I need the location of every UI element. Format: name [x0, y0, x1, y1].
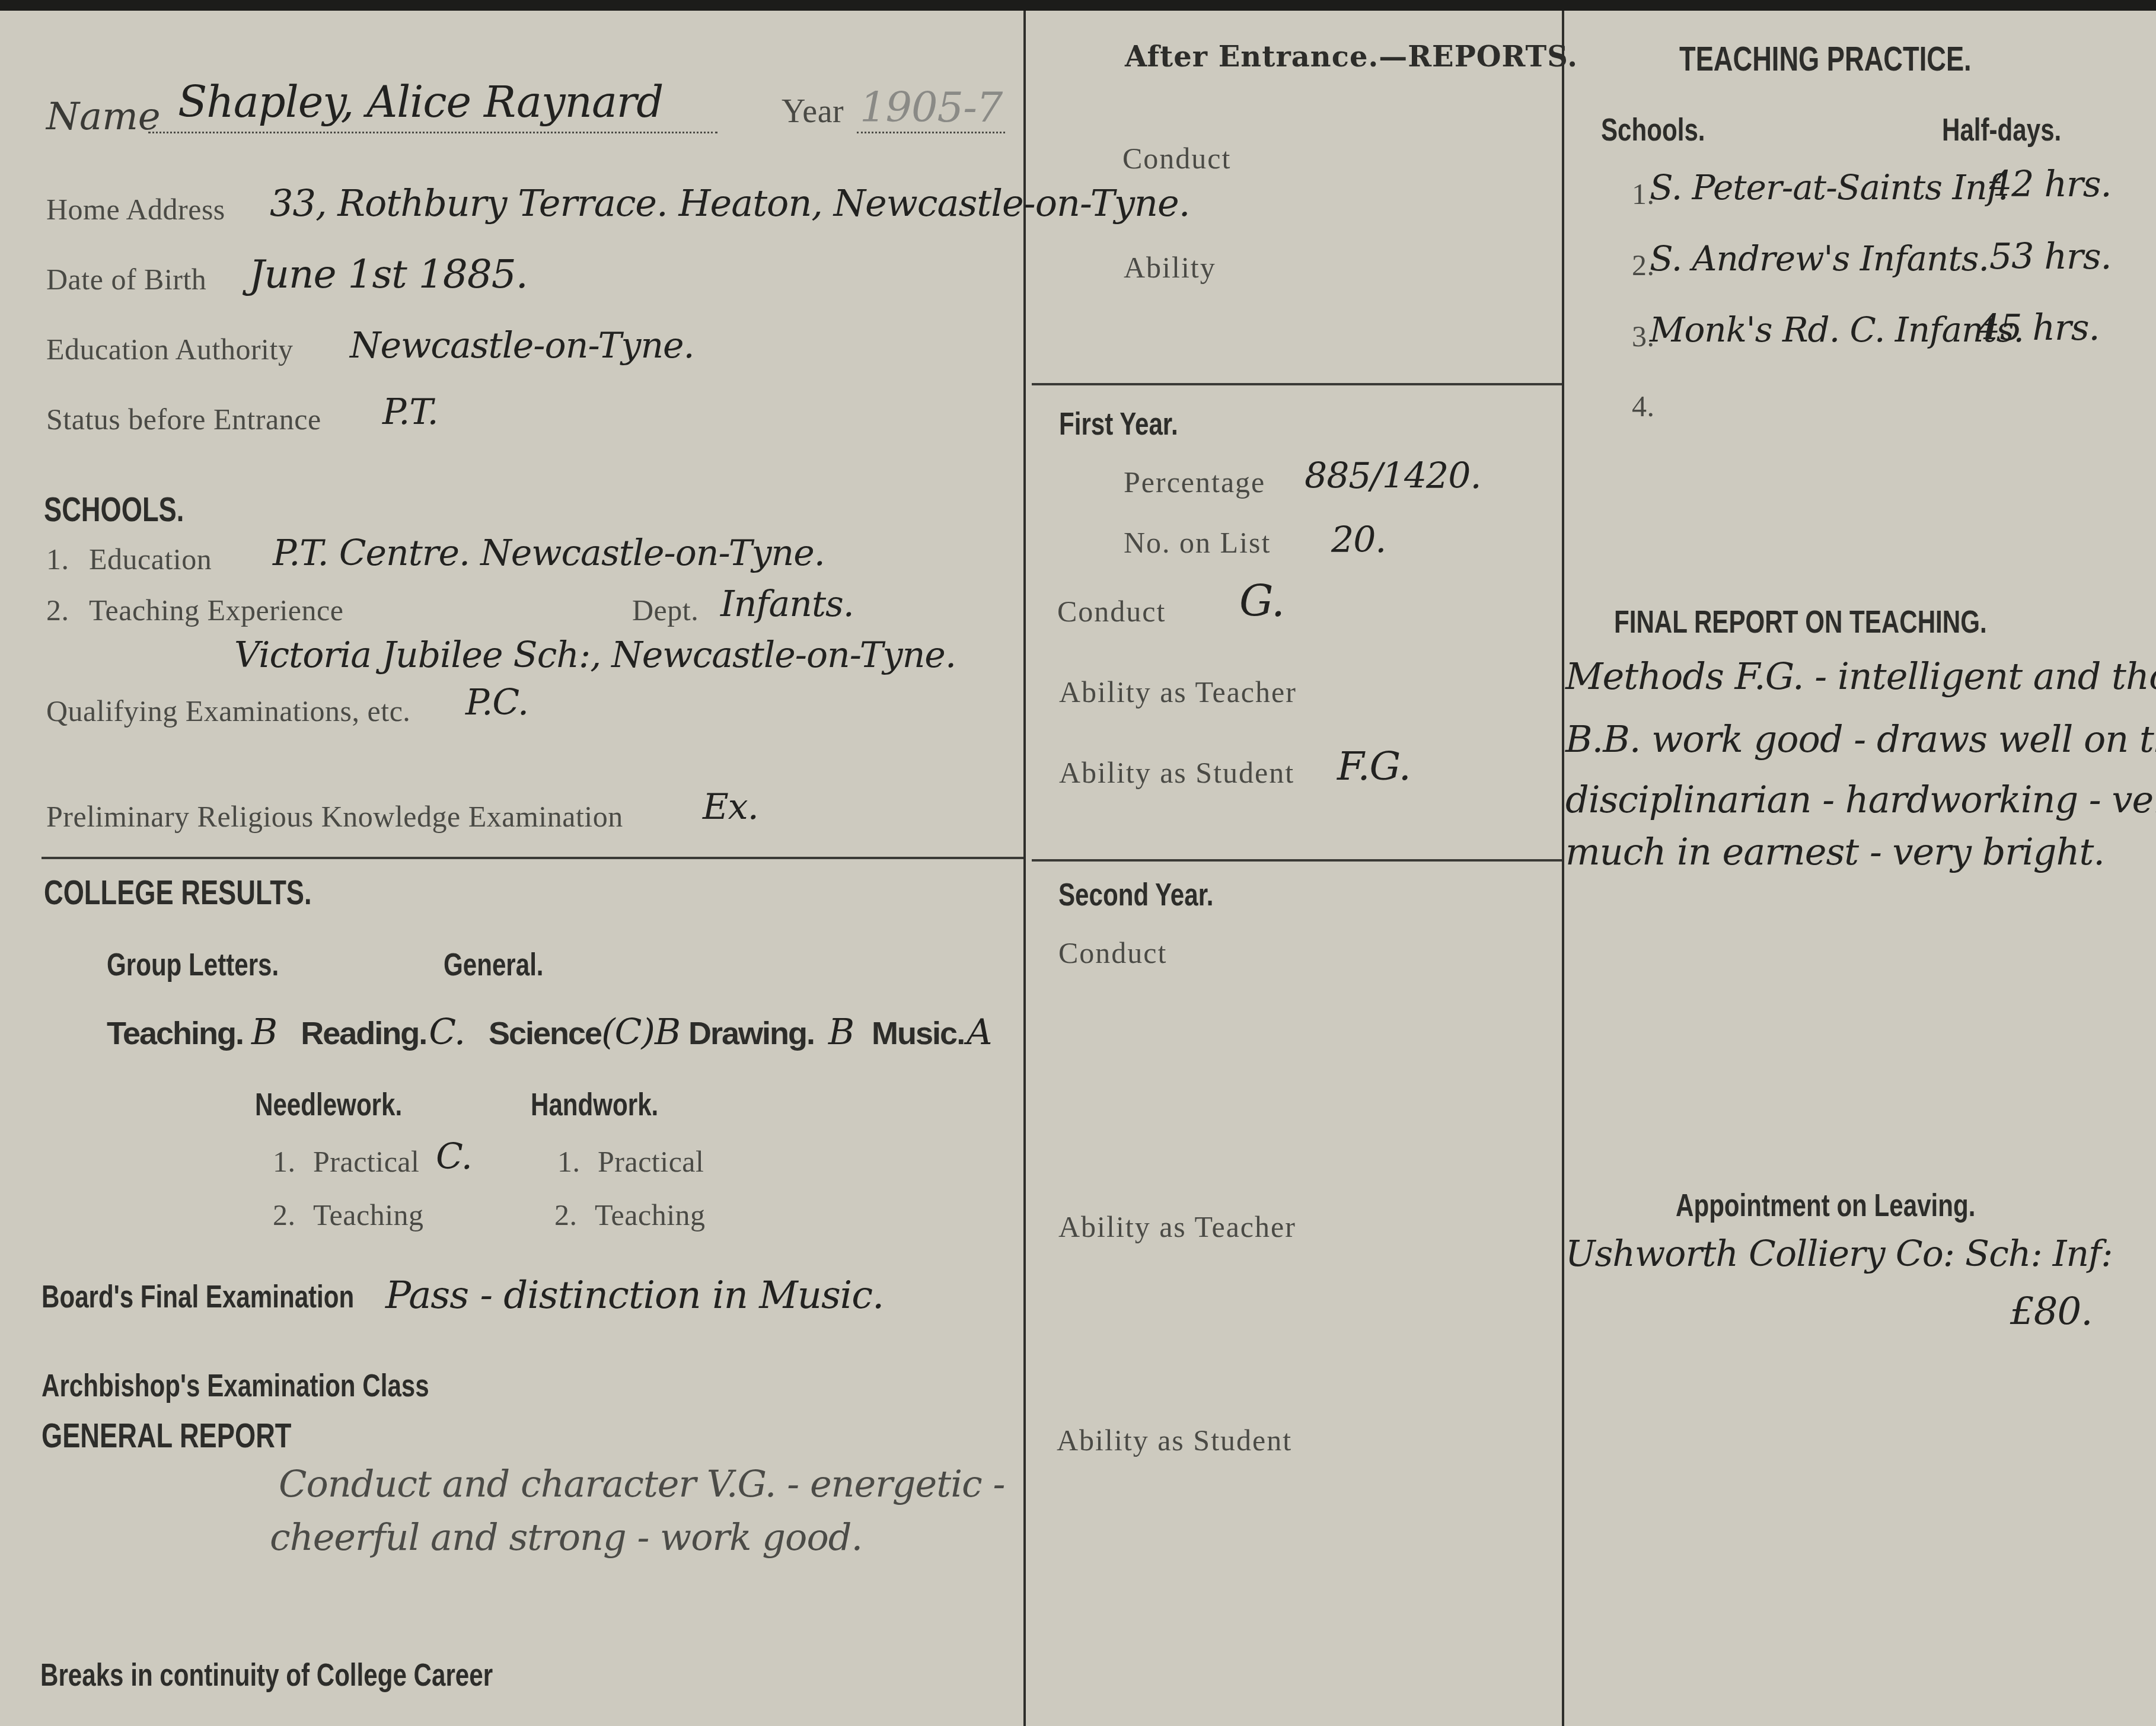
second-year-heading: Second Year. — [1058, 876, 1213, 913]
archbishops-examination-label: Archbishop's Examination Class — [42, 1367, 429, 1404]
dept-value: Infants. — [720, 583, 854, 625]
subject-drawing-label: Drawing. — [688, 1015, 814, 1052]
appointment-salary: £80. — [2010, 1290, 2093, 1334]
home-address-value: 33, Rothbury Terrace. Heaton, Newcastle-… — [270, 181, 1189, 225]
section-divider-college-results — [42, 857, 1023, 859]
practice-halfdays: 53 hrs. — [1989, 236, 2112, 277]
section-divider-first-year — [1032, 383, 1562, 385]
column-divider-left — [1023, 11, 1026, 1726]
subject-reading-label: Reading. — [301, 1015, 426, 1052]
subject-grades-row: Teaching. B Reading. C. Science (C)B Dra… — [107, 1012, 992, 1053]
subject-music-grade: A — [967, 1012, 991, 1053]
college-results-heading: COLLEGE RESULTS. — [44, 873, 312, 913]
halfdays-column-label: Half-days. — [1942, 111, 2061, 148]
year-dotted-line — [857, 132, 1005, 133]
needlework-practical-label: Practical — [313, 1144, 419, 1179]
teaching-experience-value: Victoria Jubilee Sch:, Newcastle-on-Tyne… — [234, 634, 956, 676]
name-dotted-line — [148, 132, 717, 133]
general-report-line-2: cheerful and strong - work good. — [270, 1516, 862, 1559]
handwork-teaching-number: 2. — [554, 1198, 578, 1232]
subject-science-grade: (C)B — [601, 1012, 680, 1053]
needlework-teaching-label: Teaching — [313, 1198, 424, 1232]
home-address-label: Home Address — [46, 192, 225, 226]
qualifying-examinations-value: P.C. — [465, 682, 528, 723]
group-letters-label: Group Letters. — [107, 946, 279, 983]
status-before-entrance-value: P.T. — [382, 391, 438, 433]
practice-halfdays: 42 hrs. — [1989, 164, 2112, 205]
after-entrance-conduct-label: Conduct — [1122, 141, 1231, 176]
final-report-line-3: disciplinarian - hardworking - very — [1565, 778, 2156, 821]
first-year-ability-teacher-label: Ability as Teacher — [1059, 675, 1297, 709]
no-on-list-label: No. on List — [1124, 525, 1271, 560]
final-report-line-2: B.B. work good - draws well on the B.B. … — [1565, 717, 2156, 761]
subject-drawing-grade: B — [828, 1012, 854, 1053]
subject-science-label: Science — [489, 1015, 601, 1052]
teaching-experience-label: Teaching Experience — [89, 593, 343, 627]
scan-top-edge — [0, 0, 2156, 11]
appointment-heading: Appointment on Leaving. — [1676, 1187, 1975, 1224]
final-report-heading: FINAL REPORT ON TEACHING. — [1614, 604, 1987, 640]
second-year-ability-student-label: Ability as Student — [1057, 1423, 1292, 1457]
handwork-practical-number: 1. — [557, 1144, 581, 1179]
subject-teaching-label: Teaching. — [107, 1015, 243, 1052]
section-divider-second-year — [1032, 859, 1562, 862]
name-label: Name — [46, 95, 161, 139]
percentage-value: 885/1420. — [1305, 455, 1481, 497]
second-year-ability-teacher-label: Ability as Teacher — [1058, 1210, 1296, 1244]
subject-reading-grade: C. — [429, 1012, 465, 1053]
education-authority-label: Education Authority — [46, 332, 293, 366]
school-2-number: 2. — [46, 593, 69, 627]
schools-heading: SCHOOLS. — [44, 490, 184, 529]
subject-music-label: Music. — [872, 1015, 964, 1052]
schools-column-label: Schools. — [1601, 111, 1705, 148]
school-education-label: Education — [89, 542, 212, 576]
needlework-teaching-number: 2. — [273, 1198, 296, 1232]
final-report-line-4: much in earnest - very bright. — [1565, 830, 2104, 873]
general-label: General. — [444, 946, 544, 983]
dob-label: Date of Birth — [46, 262, 206, 296]
school-1-number: 1. — [46, 542, 69, 576]
practice-number: 4. — [1632, 389, 1655, 423]
religious-knowledge-value: Ex. — [703, 786, 758, 828]
practice-school: S. Peter-at-Saints Inf. — [1650, 167, 2008, 208]
reports-heading: After Entrance.—REPORTS. — [1125, 40, 1578, 74]
handwork-practical-label: Practical — [598, 1144, 704, 1179]
final-report-line-1: Methods F.G. - intelligent and thorough … — [1565, 655, 2156, 698]
general-report-line-1: Conduct and character V.G. - energetic - — [279, 1462, 1004, 1505]
breaks-in-continuity-label: Breaks in continuity of College Career — [40, 1657, 493, 1693]
first-year-heading: First Year. — [1059, 406, 1178, 442]
qualifying-examinations-label: Qualifying Examinations, etc. — [46, 694, 410, 728]
religious-knowledge-label: Preliminary Religious Knowledge Examinat… — [46, 799, 623, 834]
practice-halfdays: 45 hrs. — [1978, 307, 2100, 349]
dept-label: Dept. — [632, 593, 699, 627]
handwork-teaching-label: Teaching — [595, 1198, 706, 1232]
practice-school: Monk's Rd. C. Infants. — [1650, 310, 2024, 350]
needlework-practical-number: 1. — [273, 1144, 296, 1179]
year-value: 1905-7 — [860, 83, 1002, 132]
appointment-value: Ushworth Colliery Co: Sch: Inf: — [1565, 1233, 2112, 1275]
general-report-label: GENERAL REPORT — [42, 1416, 291, 1456]
year-label: Year — [782, 92, 844, 130]
first-year-conduct-value: G. — [1239, 576, 1284, 626]
boards-final-examination-value: Pass - distinction in Music. — [385, 1274, 884, 1317]
needlework-practical-grade: C. — [436, 1136, 472, 1178]
first-year-ability-student-value: F.G. — [1337, 744, 1411, 789]
name-value: Shapley, Alice Raynard — [178, 77, 663, 127]
education-authority-value: Newcastle-on-Tyne. — [350, 325, 694, 366]
first-year-ability-student-label: Ability as Student — [1059, 755, 1294, 790]
after-entrance-ability-label: Ability — [1124, 250, 1216, 285]
boards-final-examination-label: Board's Final Examination — [42, 1278, 354, 1315]
school-education-value: P.T. Centre. Newcastle-on-Tyne. — [273, 532, 825, 574]
subject-teaching-grade: B — [251, 1012, 277, 1053]
second-year-conduct-label: Conduct — [1058, 936, 1167, 970]
needlework-label: Needlework. — [255, 1086, 402, 1123]
handwork-label: Handwork. — [531, 1086, 658, 1123]
practice-school: S. Andrew's Infants. — [1650, 238, 1989, 279]
dob-value: June 1st 1885. — [249, 251, 528, 297]
status-before-entrance-label: Status before Entrance — [46, 402, 321, 436]
first-year-conduct-label: Conduct — [1057, 594, 1166, 628]
teaching-practice-heading: TEACHING PRACTICE. — [1679, 39, 1972, 79]
column-divider-right — [1562, 11, 1564, 1726]
no-on-list-value: 20. — [1331, 519, 1386, 561]
percentage-label: Percentage — [1124, 465, 1265, 499]
